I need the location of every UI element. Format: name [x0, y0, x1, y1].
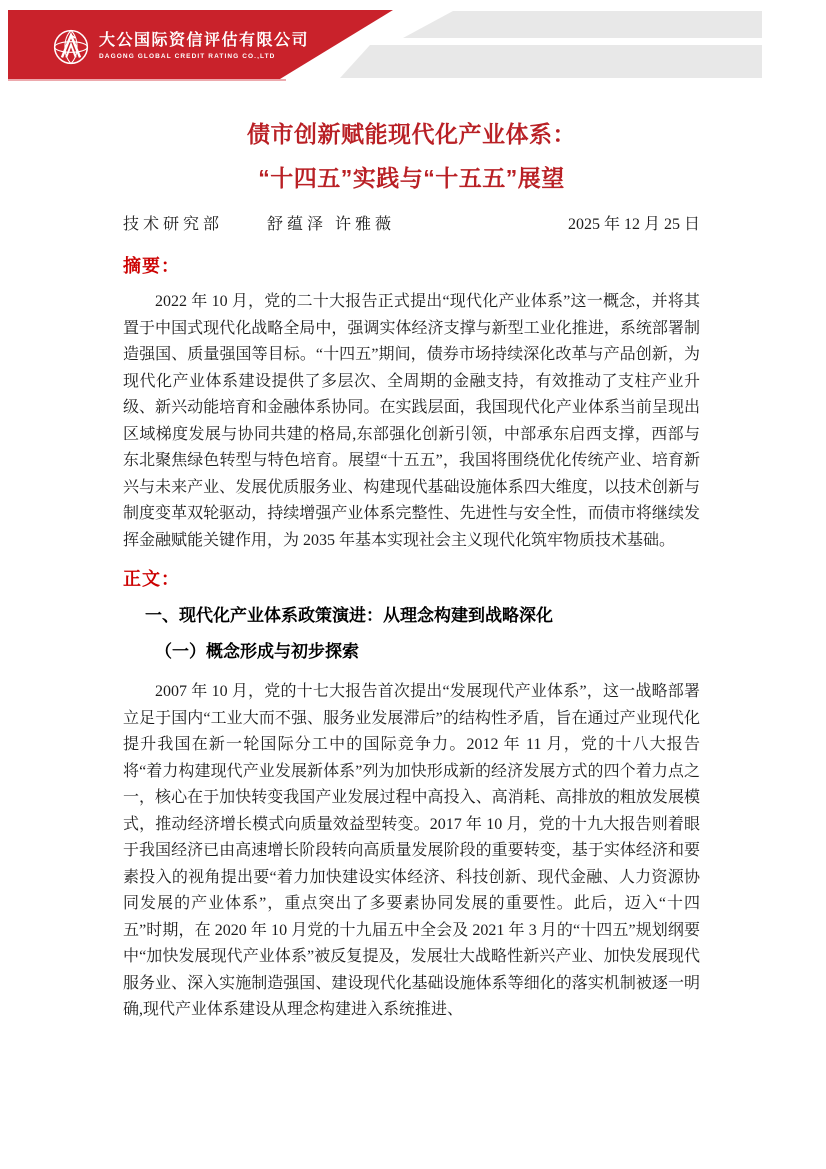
- document-body: 债市创新赋能现代化产业体系： “十四五”实践与“十五五”展望 技术研究部 舒蕴泽…: [123, 0, 700, 1024]
- subsection-heading: （一）概念形成与初步探索: [155, 642, 700, 662]
- report-title: 债市创新赋能现代化产业体系： “十四五”实践与“十五五”展望: [123, 112, 700, 200]
- body-paragraph: 2007 年 10 月，党的十七大报告首次提出“发展现代产业体系”，这一战略部署…: [123, 679, 700, 1024]
- report-title-line2: “十四五”实践与“十五五”展望: [123, 156, 700, 200]
- report-title-line1: 债市创新赋能现代化产业体系：: [123, 112, 700, 156]
- byline: 技术研究部 舒蕴泽 许雅薇 2025 年 12 月 25 日: [123, 214, 700, 236]
- dagong-globe-icon: [52, 28, 90, 66]
- byline-authors: 舒蕴泽 许雅薇: [267, 216, 395, 233]
- byline-department: 技术研究部: [123, 216, 223, 233]
- byline-date: 2025 年 12 月 25 日: [568, 214, 700, 236]
- abstract-paragraph: 2022 年 10 月，党的二十大报告正式提出“现代化产业体系”这一概念，并将其…: [123, 289, 700, 554]
- abstract-label: 摘要：: [123, 256, 700, 276]
- byline-left: 技术研究部 舒蕴泽 许雅薇: [123, 214, 395, 236]
- section-heading: 一、现代化产业体系政策演进：从理念构建到战略深化: [145, 606, 700, 626]
- main-text-label: 正文：: [123, 569, 700, 589]
- document-page: 大公国际资信评估有限公司 DAGONG GLOBAL CREDIT RATING…: [0, 0, 826, 1169]
